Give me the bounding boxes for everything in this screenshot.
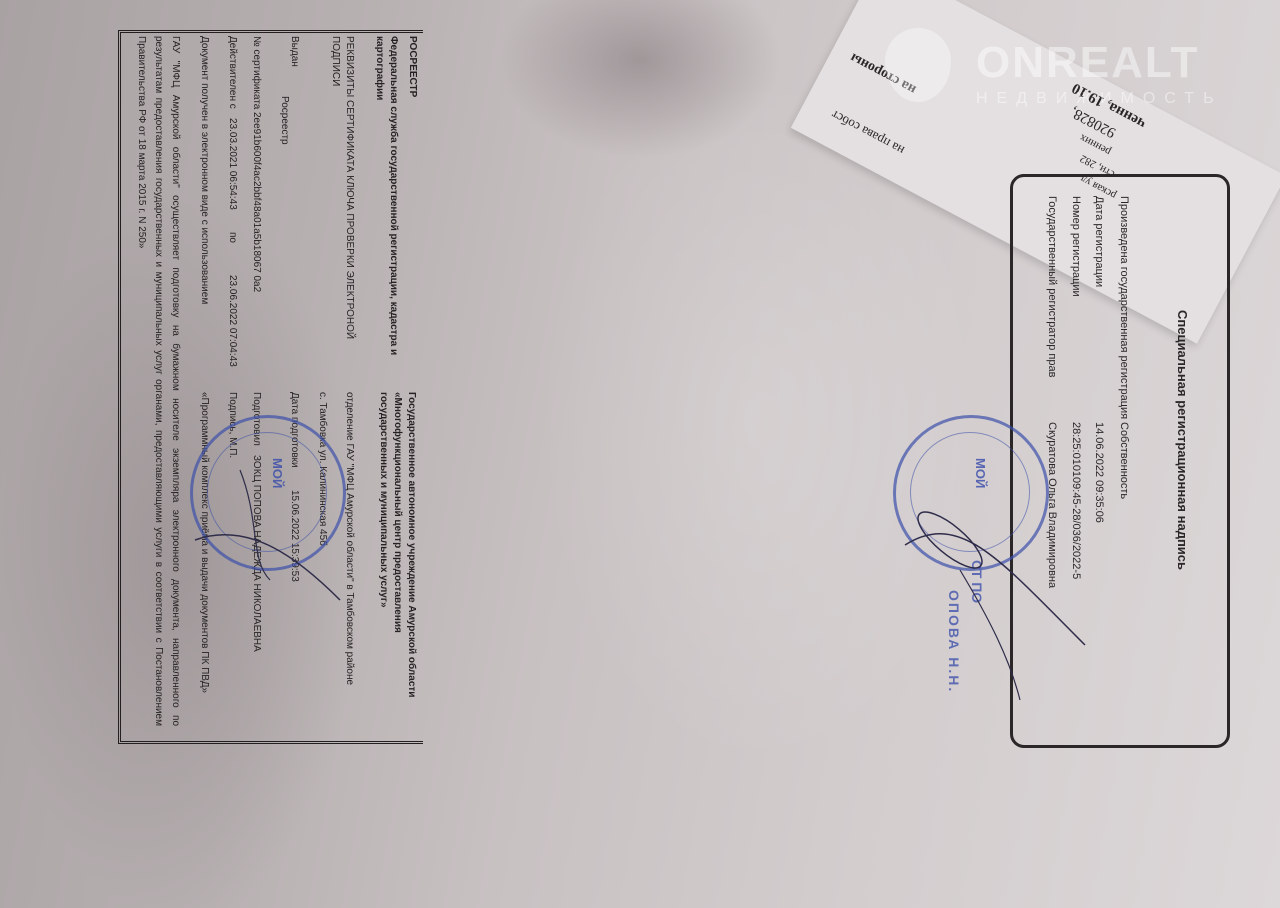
signature-strokes (0, 0, 1280, 908)
